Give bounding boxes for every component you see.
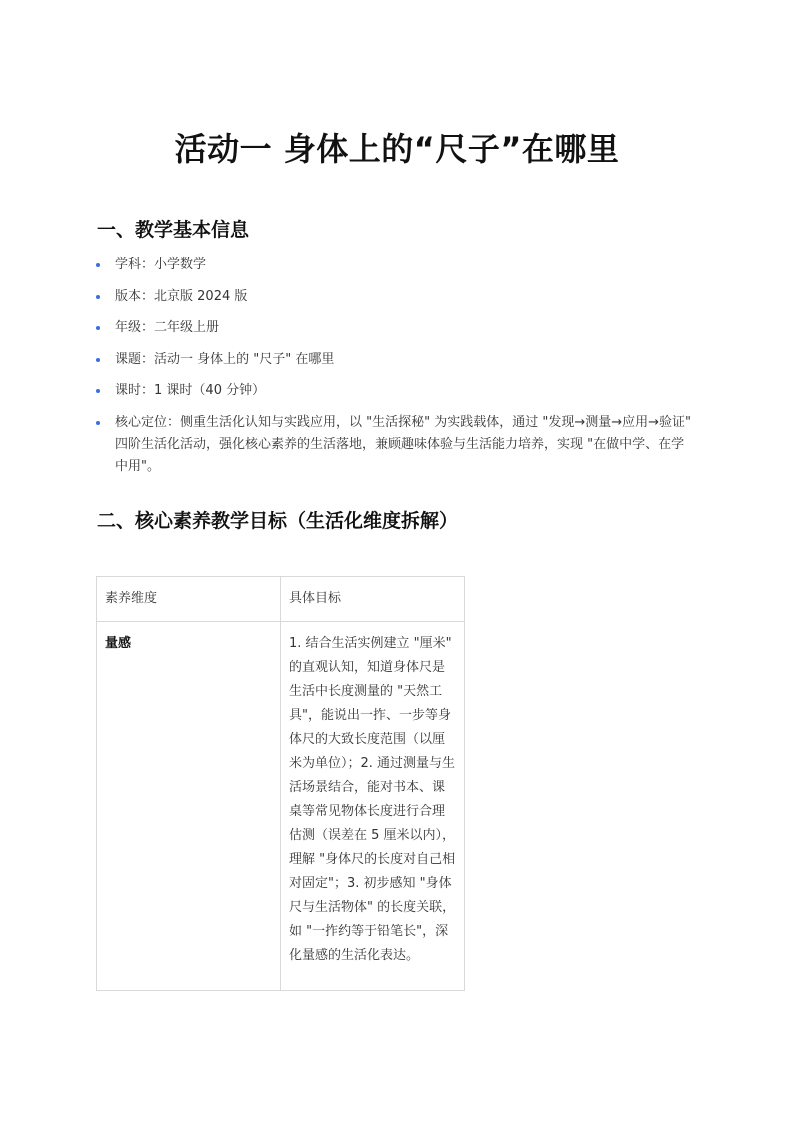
list-item-topic: 课题：活动一 身体上的 "尺子" 在哪里 <box>96 349 696 371</box>
section-heading-core-goals: 二、核心素养教学目标（生活化维度拆解） <box>97 506 458 533</box>
item-label: 年级： <box>115 320 154 335</box>
item-label: 学科： <box>115 257 154 272</box>
bullet-icon <box>96 295 100 299</box>
column-header-dimension: 素养维度 <box>97 577 281 622</box>
item-value: 侧重生活化认知与实践应用，以 "生活探秘" 为实践载体，通过 "发现→测量→应用… <box>115 415 691 474</box>
bullet-icon <box>96 421 100 425</box>
bullet-icon <box>96 358 100 362</box>
list-item-subject: 学科：小学数学 <box>96 254 696 276</box>
item-label: 课时： <box>115 383 154 398</box>
item-value: 活动一 身体上的 "尺子" 在哪里 <box>154 352 334 367</box>
item-value: 小学数学 <box>154 257 206 272</box>
bullet-icon <box>96 263 100 267</box>
list-item-duration: 课时：1 课时（40 分钟） <box>96 380 696 402</box>
item-value: 1 课时（40 分钟） <box>154 383 265 398</box>
item-label: 版本： <box>115 289 154 304</box>
item-label: 核心定位： <box>115 415 180 430</box>
cell-goal: 1. 结合生活实例建立 "厘米" 的直观认知，知道身体尺是生活中长度测量的 "天… <box>281 622 465 991</box>
bullet-icon <box>96 326 100 330</box>
item-label: 课题： <box>115 352 154 367</box>
goals-table: 素养维度 具体目标 量感 1. 结合生活实例建立 "厘米" 的直观认知，知道身体… <box>96 576 465 991</box>
list-item-core-positioning: 核心定位：侧重生活化认知与实践应用，以 "生活探秘" 为实践载体，通过 "发现→… <box>96 412 696 478</box>
basic-info-list: 学科：小学数学 版本：北京版 2024 版 年级：二年级上册 课题：活动一 身体… <box>96 254 696 487</box>
cell-dimension: 量感 <box>97 622 281 991</box>
item-value: 二年级上册 <box>154 320 219 335</box>
column-header-goal: 具体目标 <box>281 577 465 622</box>
section-heading-basic-info: 一、教学基本信息 <box>97 215 249 242</box>
table-header-row: 素养维度 具体目标 <box>97 577 465 622</box>
table-row: 量感 1. 结合生活实例建立 "厘米" 的直观认知，知道身体尺是生活中长度测量的… <box>97 622 465 991</box>
list-item-grade: 年级：二年级上册 <box>96 317 696 339</box>
bullet-icon <box>96 389 100 393</box>
page-title: 活动一 身体上的“尺子”在哪里 <box>0 124 794 170</box>
list-item-edition: 版本：北京版 2024 版 <box>96 286 696 308</box>
item-value: 北京版 2024 版 <box>154 289 247 304</box>
